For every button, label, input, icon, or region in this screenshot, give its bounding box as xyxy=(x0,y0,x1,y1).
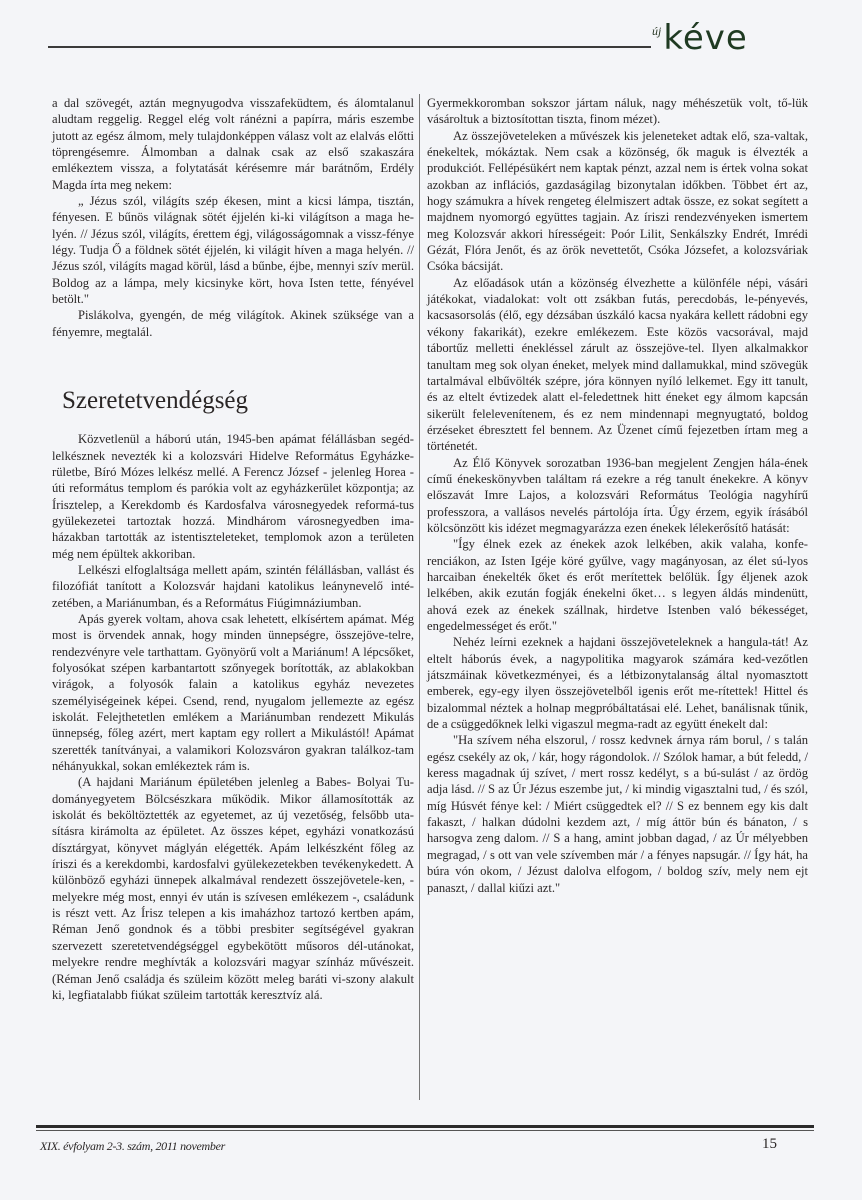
paragraph: Lelkészi elfoglaltsága mellett apám, szi… xyxy=(52,562,414,611)
paragraph: a dal szövegét, aztán megnyugodva vissza… xyxy=(52,95,414,193)
quote: "Így élnek ezek az énekek azok lelkében,… xyxy=(427,536,808,634)
footer-rule xyxy=(36,1125,814,1128)
magazine-logo: új kéve xyxy=(652,16,748,60)
right-column: Gyermekkoromban sokszor jártam náluk, na… xyxy=(427,95,808,896)
column-divider xyxy=(419,94,420,1100)
paragraph: Nehéz leírni ezeknek a hajdani összejöve… xyxy=(427,634,808,732)
section-heading: Szeretetvendégség xyxy=(62,386,414,416)
page-number: 15 xyxy=(762,1136,777,1153)
logo-prefix: új xyxy=(652,24,661,39)
paragraph: Az előadások után a közönség élvezhette … xyxy=(427,275,808,455)
paragraph: Az összejöveteleken a művészek kis jelen… xyxy=(427,128,808,275)
paragraph: Apás gyerek voltam, ahova csak lehetett,… xyxy=(52,611,414,774)
paragraph: (A hajdani Mariánum épületében jelenleg … xyxy=(52,774,414,1003)
paragraph: Gyermekkoromban sokszor jártam náluk, na… xyxy=(427,95,808,128)
paragraph: Pislákolva, gyengén, de még világítok. A… xyxy=(52,307,414,340)
paragraph: Az Élő Könyvek sorozatban 1936-ban megje… xyxy=(427,455,808,537)
issue-info: XIX. évfolyam 2-3. szám, 2011 november xyxy=(40,1139,225,1154)
footer-rule-thin xyxy=(36,1130,814,1131)
song-lyrics: "Ha szívem néha elszorul, / rossz kedvne… xyxy=(427,732,808,895)
header-rule xyxy=(48,46,651,48)
paragraph: Közvetlenül a háború után, 1945-ben apám… xyxy=(52,431,414,562)
logo-title: kéve xyxy=(663,16,747,60)
left-column: a dal szövegét, aztán megnyugodva vissza… xyxy=(52,95,414,1003)
poem-quote: „ Jézus szól, világíts szép ékesen, mint… xyxy=(52,193,414,307)
